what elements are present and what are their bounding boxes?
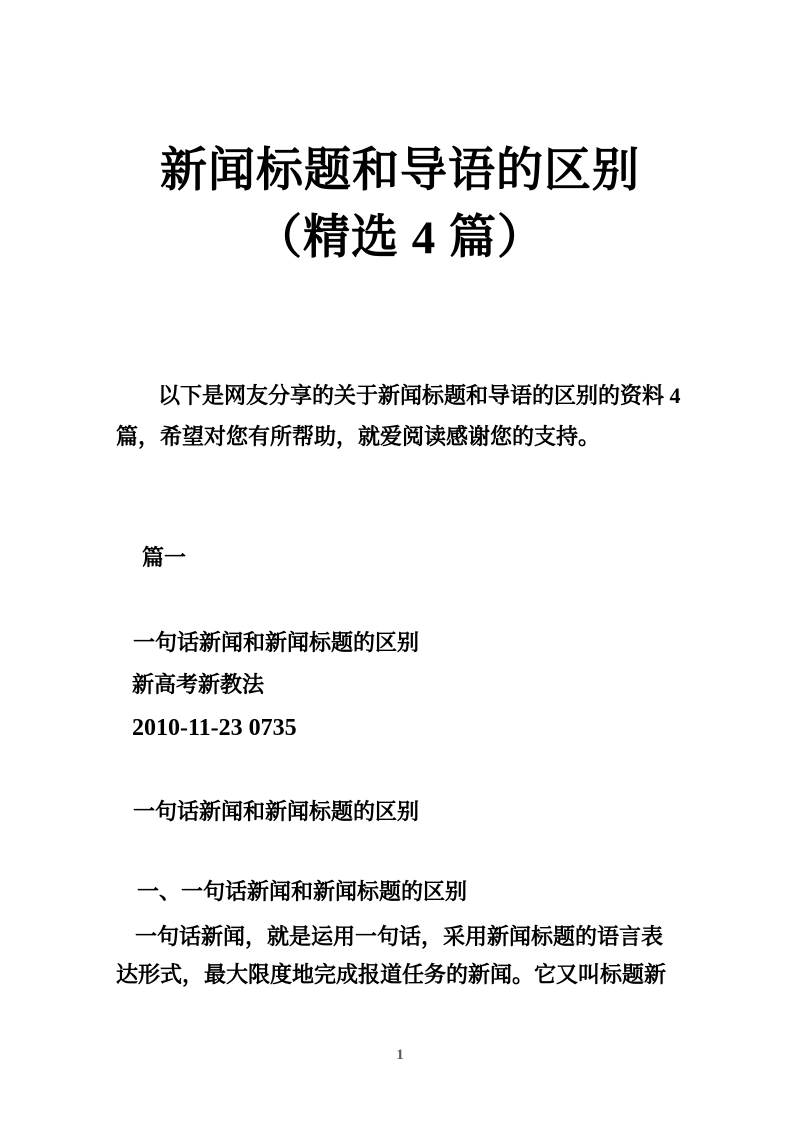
section-heading: 一、一句话新闻和新闻标题的区别 (137, 879, 467, 905)
document-title-line-1: 新闻标题和导语的区别 (0, 146, 800, 196)
article-meta-source: 新高考新教法 (132, 672, 264, 698)
document-title-line-2: （精选 4 篇） (0, 213, 800, 263)
intro-paragraph-line-1: 以下是网友分享的关于新闻标题和导语的区别的资料 4 (158, 383, 681, 409)
article-meta-date: 2010-11-23 0735 (132, 715, 297, 741)
article-title: 一句话新闻和新闻标题的区别 (133, 799, 419, 825)
body-paragraph-line-1: 一句话新闻，就是运用一句话，采用新闻标题的语言表 (135, 924, 663, 950)
section-label: 篇一 (142, 545, 186, 571)
body-paragraph-line-2: 达形式，最大限度地完成报道任务的新闻。它又叫标题新 (116, 962, 666, 988)
intro-paragraph-line-2: 篇，希望对您有所帮助，就爱阅读感谢您的支持。 (116, 424, 600, 450)
page-number: 1 (0, 1046, 800, 1064)
document-page: 新闻标题和导语的区别 （精选 4 篇） 以下是网友分享的关于新闻标题和导语的区别… (0, 0, 800, 1132)
article-meta-title: 一句话新闻和新闻标题的区别 (133, 630, 419, 656)
